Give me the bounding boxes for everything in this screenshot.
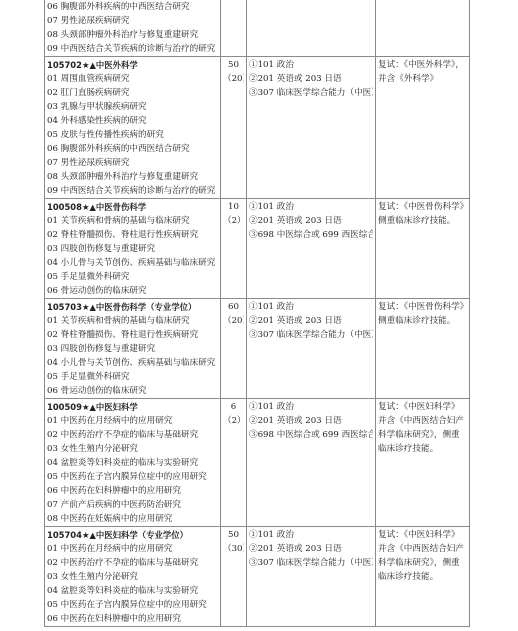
quota-total: 50 [223, 528, 244, 542]
exam-subject: ②201 英语或 203 日语 [249, 72, 373, 86]
research-direction: 04 小儿骨与关节创伤、疾病基础与临床研究 [47, 256, 218, 270]
research-direction: 02 脊柱脊髓损伤、脊柱退行性疾病研究 [47, 228, 218, 242]
quota-cell [221, 0, 247, 57]
direction-list: 01 中医药在月经病中的应用研究02 中医药治疗不孕症的临床与基础研究03 女性… [47, 542, 218, 626]
major-directions-cell: 100509★▲中医妇科学 01 中医药在月经病中的应用研究02 中医药治疗不孕… [45, 399, 221, 527]
exam-subjects-cell: ①101 政治②201 英语或 203 日语③307 临床医学综合能力（中医） [247, 527, 376, 627]
direction-list: 01 关节疾病和骨病的基础与临床研究02 脊柱脊髓损伤、脊柱退行性疾病研究03 … [47, 314, 218, 398]
exam-list: ①101 政治②201 英语或 203 日语③307 临床医学综合能力（中医） [249, 58, 373, 100]
table-row: 105702★▲中医外科学 01 周围血管疾病研究02 肛门直肠疾病研究03 乳… [45, 57, 470, 199]
research-direction: 06 骨运动创伤的临床研究 [47, 384, 218, 398]
research-direction: 07 男性泌尿疾病研究 [47, 14, 218, 28]
research-direction: 03 四肢创伤修复与重建研究 [47, 342, 218, 356]
quota-sub [223, 14, 244, 28]
research-direction: 02 肛门直肠疾病研究 [47, 86, 218, 100]
table-row: 105703★▲中医骨伤科学（专业学位） 01 关节疾病和骨病的基础与临床研究0… [45, 299, 470, 399]
exam-subjects-cell: ①101 政治②201 英语或 203 日语③698 中医综合或 699 西医综… [247, 399, 376, 527]
exam-subjects-cell: ①101 政治②201 英语或 203 日语③698 中医综合或 699 西医综… [247, 199, 376, 299]
exam-subject: ①101 政治 [249, 58, 373, 72]
major-title: 105704★▲中医妇科学（专业学位） [47, 528, 218, 542]
quota-cell: 50 （20） [221, 57, 247, 199]
research-direction: 08 中医药在妊娠病中的应用研究 [47, 512, 218, 526]
exam-list: ①101 政治②201 英语或 203 日语③307 临床医学综合能力（中医） [249, 300, 373, 342]
exam-subject: ②201 英语或 203 日语 [249, 542, 373, 556]
exam-list: ①101 政治②201 英语或 203 日语③307 临床医学综合能力（中医） [249, 528, 373, 570]
quota-cell: 50 （30） [221, 527, 247, 627]
research-direction: 04 盆腔炎等妇科炎症的临床与实验研究 [47, 584, 218, 598]
research-direction: 04 外科感染性疾病的研究 [47, 114, 218, 128]
note-text: 复试：《中医妇科学》并含《中西医结合妇产科学临床研究》，侧重临床诊疗技能。 [378, 528, 467, 584]
exam-subject: ②201 英语或 203 日语 [249, 314, 373, 328]
exam-subject: ①101 政治 [249, 400, 373, 414]
research-direction: 03 乳腺与甲状腺疾病研究 [47, 100, 218, 114]
direction-list: 01 周围血管疾病研究02 肛门直肠疾病研究03 乳腺与甲状腺疾病研究04 外科… [47, 72, 218, 198]
notes-cell: 复试：《中医骨伤科学》侧重临床诊疗技能。 [376, 299, 470, 399]
research-direction: 05 皮肤与性传播性疾病的研究 [47, 128, 218, 142]
research-direction: 05 中医药在子宫内膜异位症中的应用研究 [47, 470, 218, 484]
note-text: 复试：《中医外科学》，并含《外科学》 [378, 58, 467, 86]
research-direction: 04 盆腔炎等妇科炎症的临床与实验研究 [47, 456, 218, 470]
major-directions-cell: 105703★▲中医骨伤科学（专业学位） 01 关节疾病和骨病的基础与临床研究0… [45, 299, 221, 399]
note-text: 复试：《中医妇科学》并含《中西医结合妇产科学临床研究》，侧重临床诊疗技能。 [378, 400, 467, 456]
research-direction: 03 四肢创伤修复与重建研究 [47, 242, 218, 256]
research-direction: 02 中医药治疗不孕症的临床与基础研究 [47, 556, 218, 570]
quota-total: 50 [223, 58, 244, 72]
major-directions-cell: 105702★▲中医外科学 01 周围血管疾病研究02 肛门直肠疾病研究03 乳… [45, 57, 221, 199]
research-direction: 08 头颈部肿瘤外科治疗与修复重建研究 [47, 170, 218, 184]
exam-subject: ③307 临床医学综合能力（中医） [249, 86, 373, 100]
exam-subject: ①101 政治 [249, 200, 373, 214]
table-row: 06 胸腹部外科疾病的中西医结合研究07 男性泌尿疾病研究08 头颈部肿瘤外科治… [45, 0, 470, 57]
research-direction: 01 周围血管疾病研究 [47, 72, 218, 86]
major-title: 105702★▲中医外科学 [47, 58, 218, 72]
research-direction: 02 中医药治疗不孕症的临床与基础研究 [47, 428, 218, 442]
note-text: 复试：《中医骨伤科学》侧重临床诊疗技能。 [378, 300, 467, 328]
research-direction: 01 关节疾病和骨病的基础与临床研究 [47, 314, 218, 328]
quota-total: 60 [223, 300, 244, 314]
research-direction: 06 胸腹部外科疾病的中西医结合研究 [47, 0, 218, 14]
table-row: 100508★▲中医骨伤科学 01 关节疾病和骨病的基础与临床研究02 脊柱脊髓… [45, 199, 470, 299]
table-row: 105704★▲中医妇科学（专业学位） 01 中医药在月经病中的应用研究02 中… [45, 527, 470, 627]
quota-cell: 6 （2） [221, 399, 247, 527]
exam-subjects-cell [247, 0, 376, 57]
research-direction: 05 手足显微外科研究 [47, 370, 218, 384]
major-title: 105703★▲中医骨伤科学（专业学位） [47, 300, 218, 314]
research-direction: 05 中医药在子宫内膜异位症中的应用研究 [47, 598, 218, 612]
research-direction: 06 骨运动创伤的临床研究 [47, 284, 218, 298]
notes-cell: 复试：《中医骨伤科学》侧重临床诊疗技能。 [376, 199, 470, 299]
admissions-catalog-table: 06 胸腹部外科疾病的中西医结合研究07 男性泌尿疾病研究08 头颈部肿瘤外科治… [44, 0, 470, 627]
research-direction: 01 中医药在月经病中的应用研究 [47, 414, 218, 428]
quota-total: 10 [223, 200, 244, 214]
research-direction: 07 男性泌尿疾病研究 [47, 156, 218, 170]
notes-cell: 复试：《中医妇科学》并含《中西医结合妇产科学临床研究》，侧重临床诊疗技能。 [376, 399, 470, 527]
major-directions-cell: 100508★▲中医骨伤科学 01 关节疾病和骨病的基础与临床研究02 脊柱脊髓… [45, 199, 221, 299]
research-direction: 08 头颈部肿瘤外科治疗与修复重建研究 [47, 28, 218, 42]
research-direction: 07 产前产后疾病的中医药防治研究 [47, 498, 218, 512]
direction-list: 06 胸腹部外科疾病的中西医结合研究07 男性泌尿疾病研究08 头颈部肿瘤外科治… [47, 0, 218, 56]
quota-total: 6 [223, 400, 244, 414]
exam-list: ①101 政治②201 英语或 203 日语③698 中医综合或 699 西医综… [249, 200, 373, 242]
exam-subject: ③698 中医综合或 699 西医综合 [249, 428, 373, 442]
notes-cell: 复试：《中医妇科学》并含《中西医结合妇产科学临床研究》，侧重临床诊疗技能。 [376, 527, 470, 627]
quota-total [223, 0, 244, 14]
exam-subjects-cell: ①101 政治②201 英语或 203 日语③307 临床医学综合能力（中医） [247, 299, 376, 399]
exam-subject: ③307 临床医学综合能力（中医） [249, 328, 373, 342]
major-directions-cell: 06 胸腹部外科疾病的中西医结合研究07 男性泌尿疾病研究08 头颈部肿瘤外科治… [45, 0, 221, 57]
research-direction: 05 手足显微外科研究 [47, 270, 218, 284]
quota-sub: （20） [223, 314, 244, 328]
quota-cell: 60 （20） [221, 299, 247, 399]
exam-subject: ③698 中医综合或 699 西医综合 [249, 228, 373, 242]
research-direction: 09 中西医结合关节疾病的诊断与治疗的研究 [47, 42, 218, 56]
major-directions-cell: 105704★▲中医妇科学（专业学位） 01 中医药在月经病中的应用研究02 中… [45, 527, 221, 627]
exam-subject: ②201 英语或 203 日语 [249, 214, 373, 228]
notes-cell [376, 0, 470, 57]
note-text: 复试：《中医骨伤科学》侧重临床诊疗技能。 [378, 200, 467, 228]
major-title: 100508★▲中医骨伤科学 [47, 200, 218, 214]
major-title: 100509★▲中医妇科学 [47, 400, 218, 414]
quota-sub: （20） [223, 72, 244, 86]
research-direction: 03 女性生殖内分泌研究 [47, 570, 218, 584]
exam-subjects-cell: ①101 政治②201 英语或 203 日语③307 临床医学综合能力（中医） [247, 57, 376, 199]
exam-subject: ①101 政治 [249, 528, 373, 542]
table-row: 100509★▲中医妇科学 01 中医药在月经病中的应用研究02 中医药治疗不孕… [45, 399, 470, 527]
exam-list: ①101 政治②201 英语或 203 日语③698 中医综合或 699 西医综… [249, 400, 373, 442]
research-direction: 04 小儿骨与关节创伤、疾病基础与临床研究 [47, 356, 218, 370]
quota-cell: 10 （2） [221, 199, 247, 299]
exam-subject: ③307 临床医学综合能力（中医） [249, 556, 373, 570]
exam-subject: ②201 英语或 203 日语 [249, 414, 373, 428]
quota-sub: （2） [223, 214, 244, 228]
quota-sub: （2） [223, 414, 244, 428]
research-direction: 09 中西医结合关节疾病的诊断与治疗的研究 [47, 184, 218, 198]
research-direction: 06 中医药在妇科肿瘤中的应用研究 [47, 612, 218, 626]
direction-list: 01 关节疾病和骨病的基础与临床研究02 脊柱脊髓损伤、脊柱退行性疾病研究03 … [47, 214, 218, 298]
research-direction: 03 女性生殖内分泌研究 [47, 442, 218, 456]
research-direction: 01 中医药在月经病中的应用研究 [47, 542, 218, 556]
quota-sub: （30） [223, 542, 244, 556]
research-direction: 02 脊柱脊髓损伤、脊柱退行性疾病研究 [47, 328, 218, 342]
research-direction: 06 胸腹部外科疾病的中西医结合研究 [47, 142, 218, 156]
research-direction: 01 关节疾病和骨病的基础与临床研究 [47, 214, 218, 228]
direction-list: 01 中医药在月经病中的应用研究02 中医药治疗不孕症的临床与基础研究03 女性… [47, 414, 218, 526]
research-direction: 06 中医药在妇科肿瘤中的应用研究 [47, 484, 218, 498]
exam-subject: ①101 政治 [249, 300, 373, 314]
notes-cell: 复试：《中医外科学》，并含《外科学》 [376, 57, 470, 199]
